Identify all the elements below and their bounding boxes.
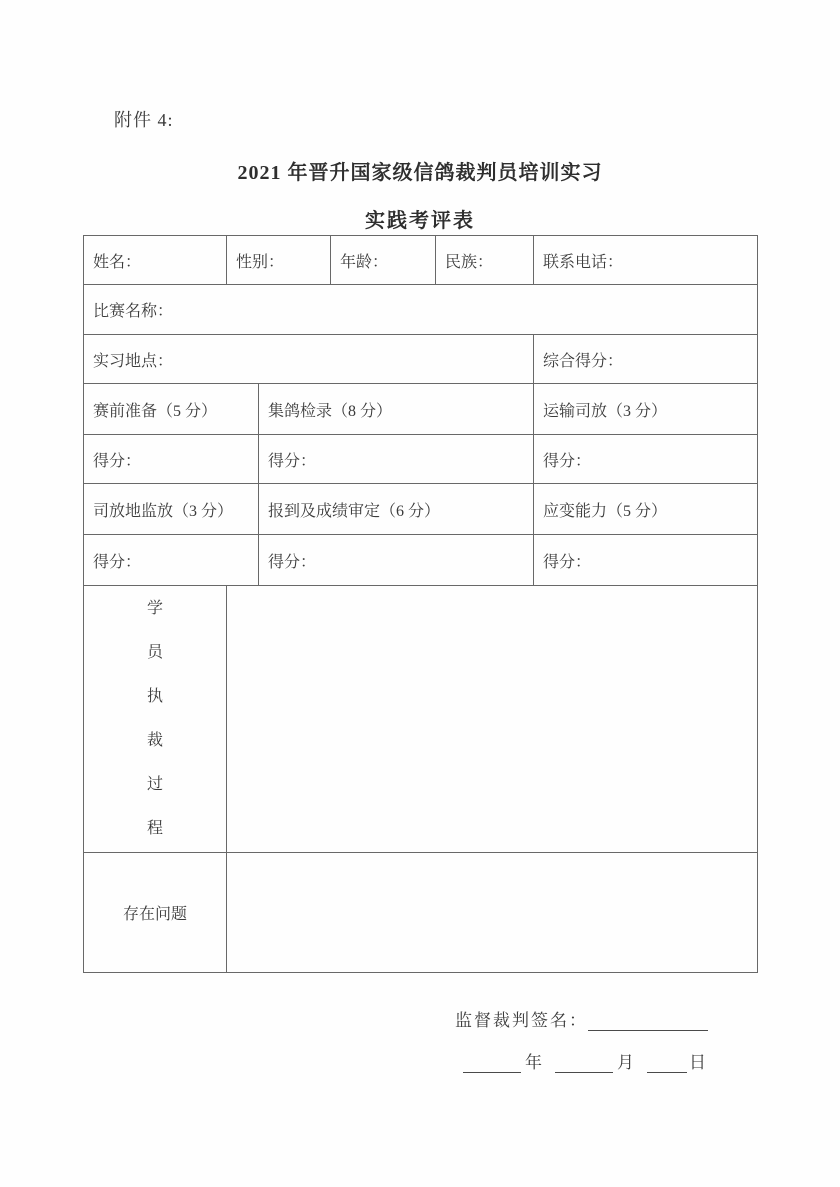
criteria-adaptability: 应变能力（5 分） [534,484,757,534]
score-field-5: 得分： [259,535,534,585]
field-age: 年龄： [331,236,436,284]
problems-row: 存在问题 [84,853,757,972]
day-line [647,1055,687,1073]
year-label: 年 [525,1053,543,1072]
signature-line [588,1013,708,1031]
date-row: 年月日 [463,1048,707,1073]
field-gender: 性别： [227,236,331,284]
month-label: 月 [617,1053,635,1072]
criteria-release-site-monitoring: 司放地监放（3 分） [84,484,259,534]
score-field-6: 得分： [534,535,757,585]
criteria-row-2: 司放地监放（3 分） 报到及成绩审定（6 分） 应变能力（5 分） [84,484,757,535]
competition-row: 比赛名称： [84,285,757,335]
document-subtitle: 实践考评表 [0,204,840,233]
score-row-1: 得分： 得分： 得分： [84,435,757,484]
document-page: 附件 4: 2021 年晋升国家级信鸽裁判员培训实习 实践考评表 姓名： 性别：… [0,0,840,1187]
refereeing-process-label: 学 员 执 裁 过 程 [84,586,227,852]
criteria-report-results-verification: 报到及成绩审定（6 分） [259,484,534,534]
refereeing-process-area [227,586,757,852]
criteria-row-1: 赛前准备（5 分） 集鸽检录（8 分） 运输司放（3 分） [84,384,757,435]
score-row-2: 得分： 得分： 得分： [84,535,757,586]
process-char: 裁 [147,719,163,763]
document-title: 2021 年晋升国家级信鸽裁判员培训实习 [0,156,840,185]
refereeing-process-row: 学 员 执 裁 过 程 [84,586,757,853]
score-field-2: 得分： [259,435,534,483]
field-practice-location: 实习地点： [84,335,534,383]
criteria-pre-race-preparation: 赛前准备（5 分） [84,384,259,434]
month-line [555,1055,613,1073]
signature-row: 监督裁判签名： [455,1006,708,1031]
evaluation-table: 姓名： 性别： 年龄： 民族： 联系电话： 比赛名称： 实习地点： 综合得分： … [83,235,758,973]
attachment-label: 附件 4: [114,106,174,132]
problems-label: 存在问题 [84,853,227,972]
problems-area [227,853,757,972]
field-ethnicity: 民族： [436,236,534,284]
process-char: 员 [147,631,163,675]
criteria-pigeon-checkin: 集鸽检录（8 分） [259,384,534,434]
day-label: 日 [689,1053,707,1072]
year-line [463,1055,521,1073]
field-name: 姓名： [84,236,227,284]
process-char: 程 [147,807,163,851]
field-total-score: 综合得分： [534,335,757,383]
field-competition-name: 比赛名称： [84,285,757,334]
score-field-1: 得分： [84,435,259,483]
criteria-transport-release: 运输司放（3 分） [534,384,757,434]
score-field-3: 得分： [534,435,757,483]
personal-info-row: 姓名： 性别： 年龄： 民族： 联系电话： [84,236,757,285]
field-phone: 联系电话： [534,236,757,284]
process-char: 过 [147,763,163,807]
process-char: 学 [147,587,163,631]
location-row: 实习地点： 综合得分： [84,335,757,384]
score-field-4: 得分： [84,535,259,585]
process-char: 执 [147,675,163,719]
supervisor-signature-label: 监督裁判签名： [455,1011,588,1030]
